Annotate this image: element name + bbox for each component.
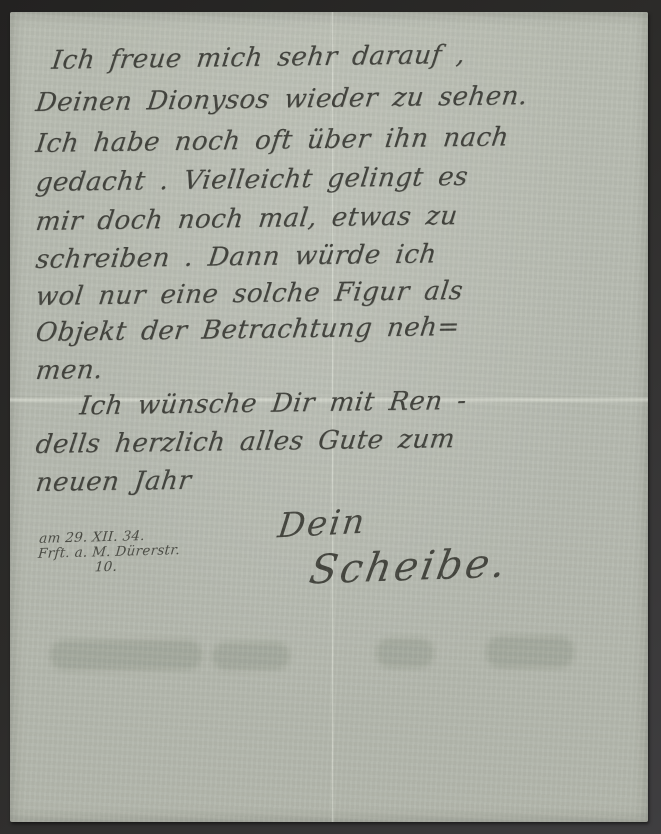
letter-line: men. [34, 355, 105, 386]
letter-line: dells herzlich alles Gute zum [34, 424, 457, 460]
letter-line: Ich freue mich sehr darauf , [34, 40, 467, 76]
letter-line: gedacht . Vielleicht gelingt es [34, 162, 470, 198]
scan-background: Ich freue mich sehr darauf , Deinen Dion… [0, 0, 661, 834]
letter-line: wol nur eine solche Figur als [34, 276, 465, 312]
letter-line: Ich wünsche Dir mit Ren - [34, 386, 468, 422]
handwritten-text: Ich freue mich sehr darauf , Deinen Dion… [10, 12, 648, 822]
letter-line: Objekt der Betrachtung neh= [34, 312, 462, 348]
letter-line: mir doch noch mal, etwas zu [34, 201, 459, 237]
letter-line: Ich habe noch oft über ihn nach [34, 122, 511, 159]
show-through-mark [486, 636, 574, 668]
letter-line: neuen Jahr [34, 466, 193, 498]
letter-page: Ich freue mich sehr darauf , Deinen Dion… [10, 12, 648, 822]
show-through-mark [50, 640, 202, 670]
letter-line: Deinen Dionysos wieder zu sehen. [34, 81, 530, 118]
signature-salutation: Dein [276, 502, 369, 547]
signature-name: Scheibe. [306, 540, 512, 593]
date-address-block: am 29. XII. 34. Frft. a. M. Dürerstr. 10… [36, 528, 182, 577]
show-through-mark [212, 642, 290, 670]
show-through-mark [376, 638, 434, 668]
letter-line: schreiben . Dann würde ich [34, 239, 439, 275]
